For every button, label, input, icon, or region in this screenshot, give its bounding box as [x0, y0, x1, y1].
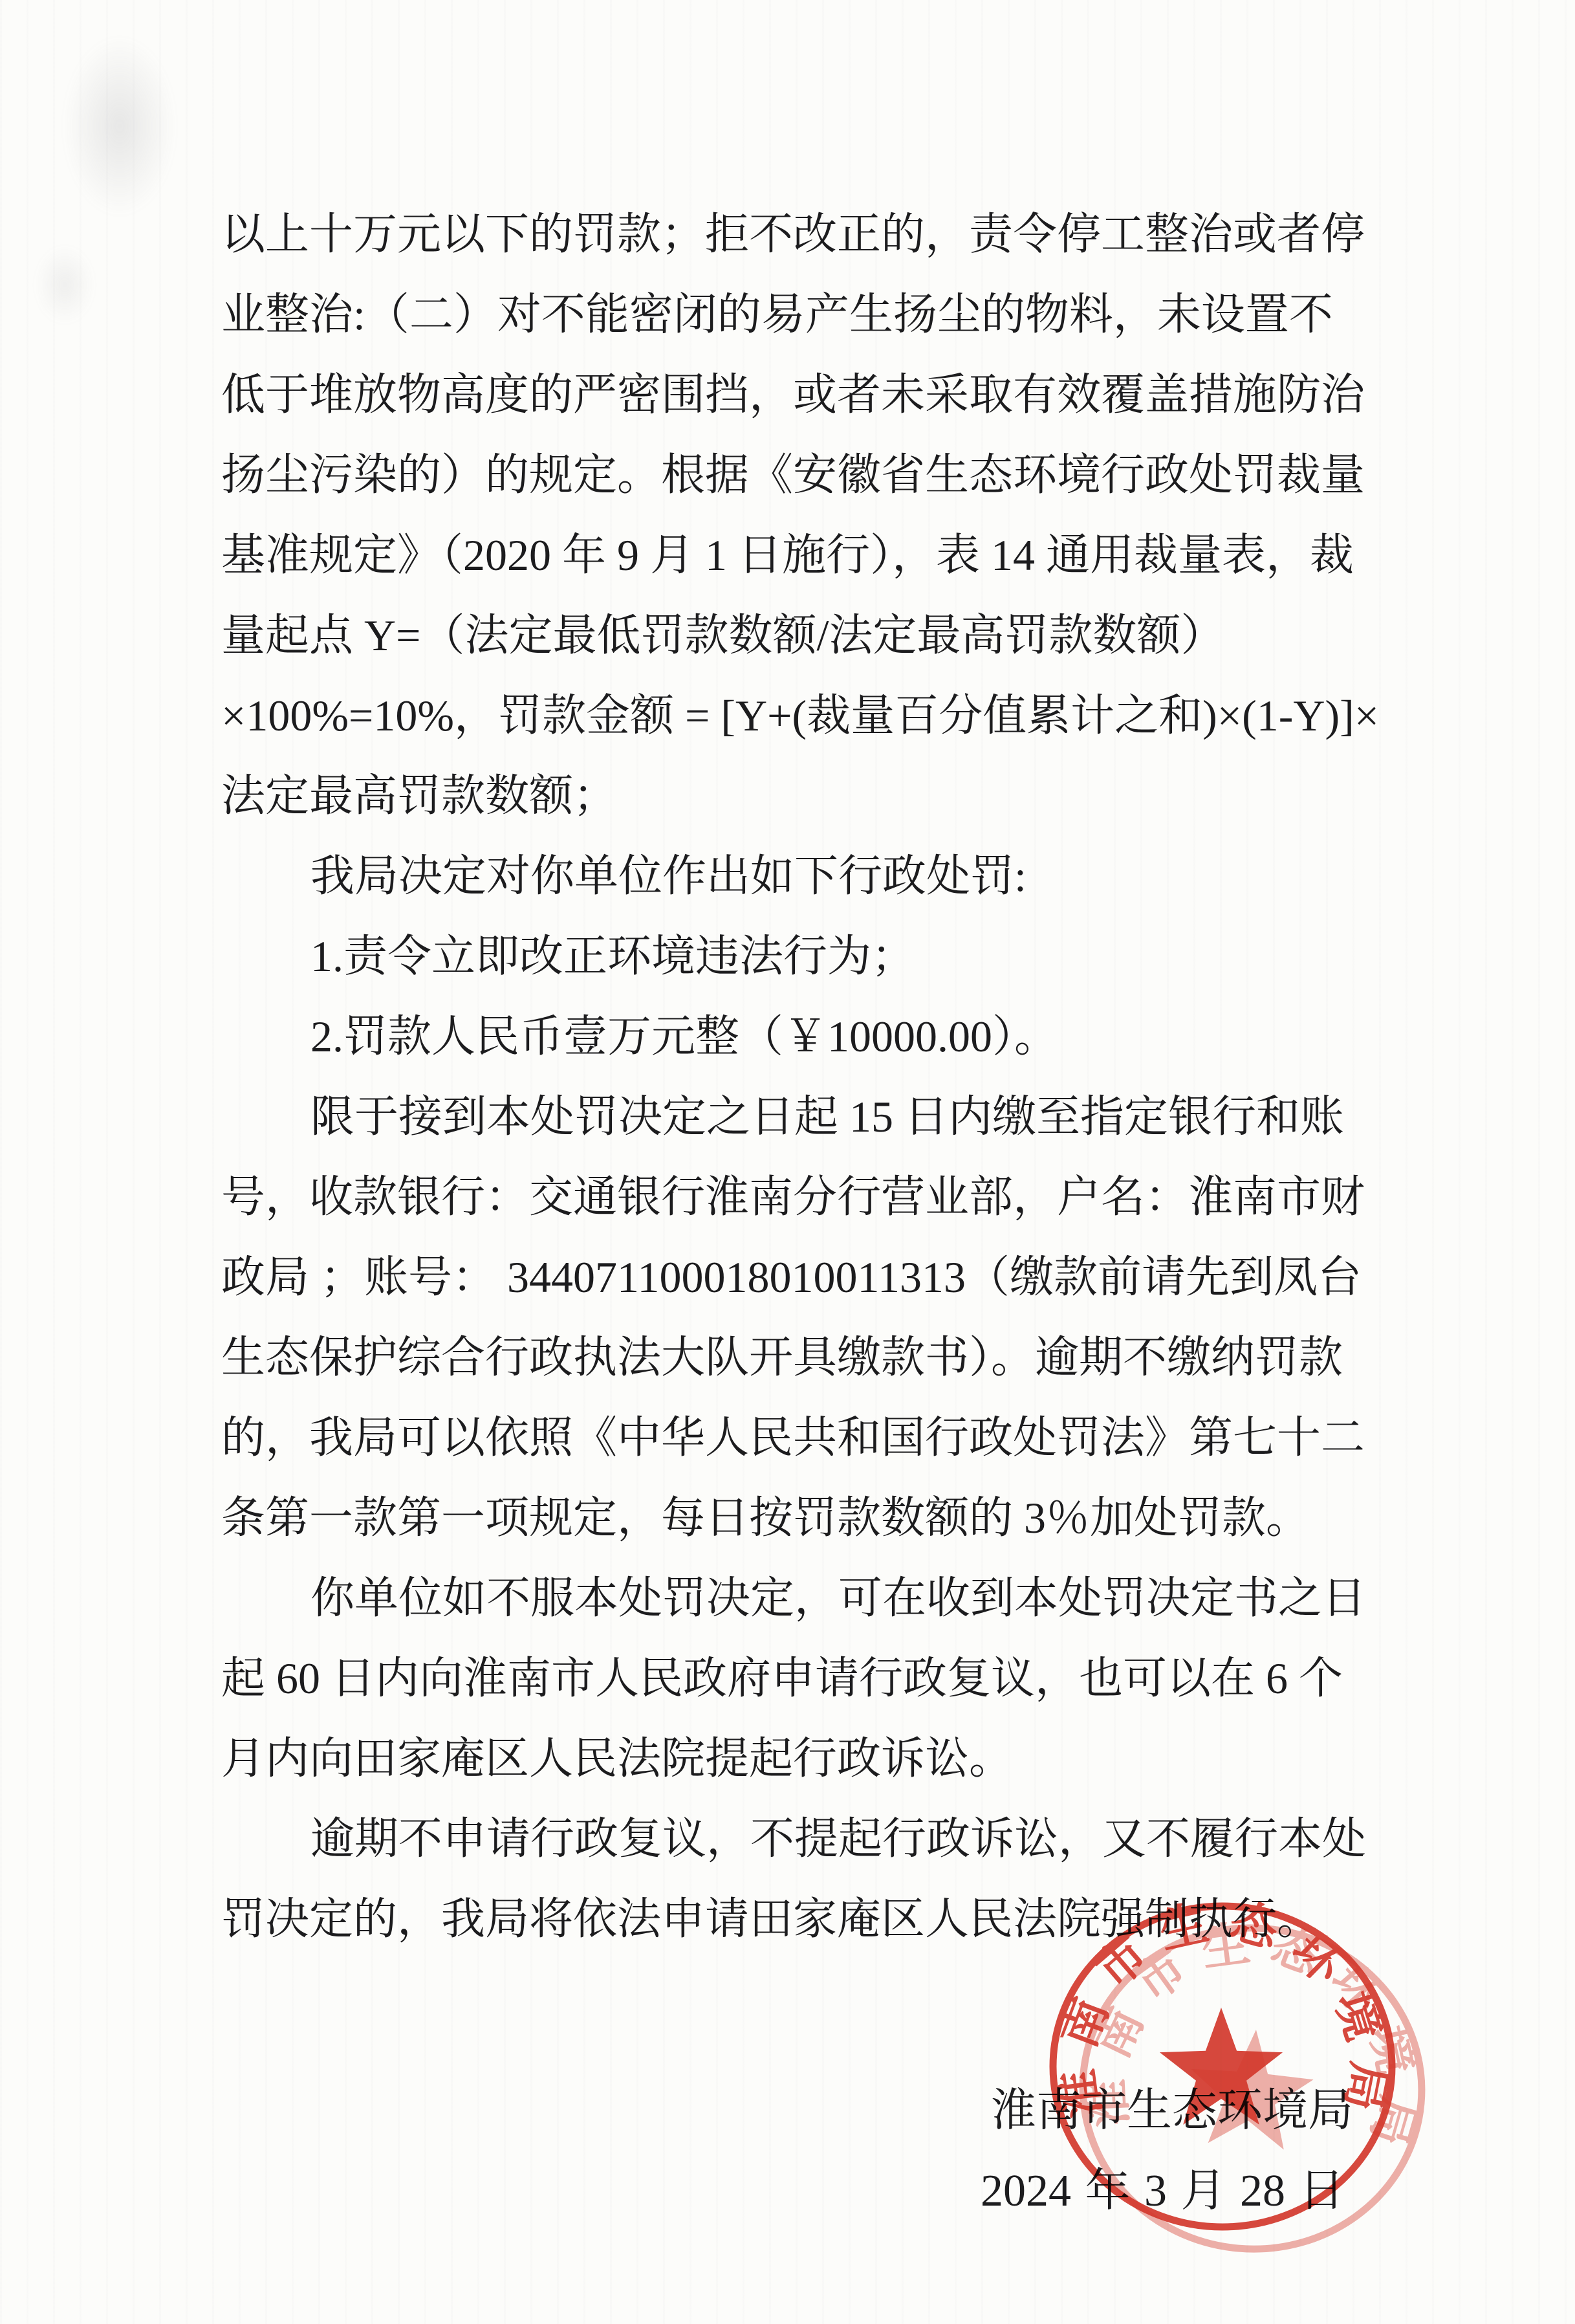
- issue-date: 2024 年 3 月 28 日: [981, 2162, 1345, 2220]
- text-line: 量起点 Y=（法定最低罚款数额/法定最高罚款数额）: [221, 595, 1379, 675]
- issuing-agency-signature: 淮南市生态环境局: [991, 2082, 1353, 2140]
- text-line: 2.罚款人民币壹万元整（￥10000.00）。: [221, 996, 1379, 1077]
- scan-smudge-artifact: [26, 233, 103, 336]
- text-line: 1.责令立即改正环境违法行为；: [221, 916, 1379, 996]
- document-page: 以上十万元以下的罚款；拒不改正的，责令停工整治或者停业整治:（二）对不能密闭的易…: [0, 0, 1575, 2324]
- text-line: 限于接到本处罚决定之日起 15 日内缴至指定银行和账: [221, 1077, 1379, 1157]
- text-line: 的，我局可以依照《中华人民共和国行政处罚法》第七十二: [221, 1398, 1379, 1478]
- text-line: 逾期不申请行政复议，不提起行政诉讼，又不履行本处: [221, 1799, 1379, 1879]
- text-line: 你单位如不服本处罚决定，可在收到本处罚决定书之日: [221, 1558, 1379, 1638]
- text-line: 罚决定的，我局将依法申请田家庵区人民法院强制执行。: [221, 1879, 1379, 1959]
- text-line: 生态保护综合行政执法大队开具缴款书）。逾期不缴纳罚款: [221, 1317, 1379, 1398]
- text-line: 扬尘污染的）的规定。根据《安徽省生态环境行政处罚裁量: [221, 435, 1379, 515]
- text-line: 号，收款银行：交通银行淮南分行营业部，户名：淮南市财: [221, 1157, 1379, 1237]
- text-line: 法定最高罚款数额；: [221, 756, 1379, 836]
- text-line: 低于堆放物高度的严密围挡，或者未采取有效覆盖措施防治: [221, 355, 1379, 435]
- scan-smudge-artifact: [45, 6, 194, 246]
- text-line: 基准规定》（2020 年 9 月 1 日施行），表 14 通用裁量表，裁: [221, 515, 1379, 595]
- text-line: 条第一款第一项规定，每日按罚款数额的 3％加处罚款。: [221, 1478, 1379, 1558]
- text-line: ×100%=10%，罚款金额 = [Y+(裁量百分值累计之和)×(1-Y)]×: [221, 675, 1379, 756]
- text-line: 我局决定对你单位作出如下行政处罚:: [221, 836, 1379, 916]
- document-body: 以上十万元以下的罚款；拒不改正的，责令停工整治或者停业整治:（二）对不能密闭的易…: [221, 194, 1379, 1959]
- text-line: 以上十万元以下的罚款；拒不改正的，责令停工整治或者停: [221, 194, 1379, 274]
- text-line: 起 60 日内向淮南市人民政府申请行政复议，也可以在 6 个: [221, 1638, 1379, 1718]
- text-line: 政局 ；账号： 344071100018010011313（缴款前请先到凤台: [221, 1237, 1379, 1317]
- text-line: 月内向田家庵区人民法院提起行政诉讼。: [221, 1718, 1379, 1799]
- text-line: 业整治:（二）对不能密闭的易产生扬尘的物料，未设置不: [221, 274, 1379, 355]
